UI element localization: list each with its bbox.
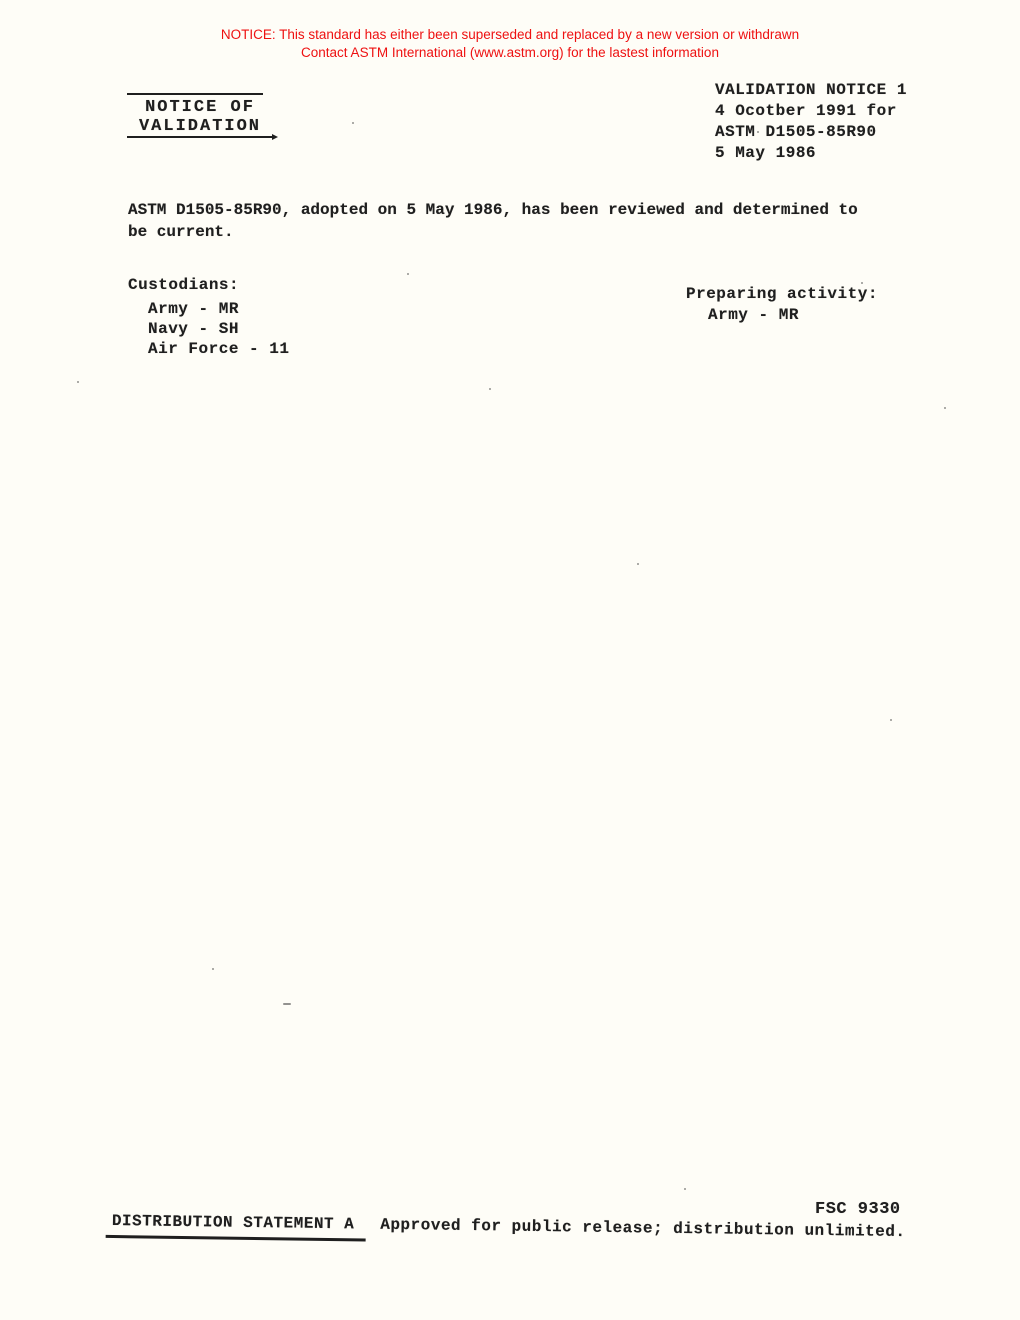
body-paragraph: ASTM D1505-85R90, adopted on 5 May 1986,… xyxy=(128,199,880,243)
custodians-heading: Custodians: xyxy=(128,275,289,295)
scan-speck xyxy=(407,273,409,275)
document-page: NOTICE: This standard has either been su… xyxy=(0,0,1020,1320)
custodians-block: Custodians: Army - MR Navy - SH Air Forc… xyxy=(128,275,289,359)
distribution-statement-text: Approved for public release; distributio… xyxy=(380,1216,905,1241)
scan-speck xyxy=(757,131,759,133)
validation-notice-adopted-date: 5 May 1986 xyxy=(715,143,907,164)
preparing-activity-item: Army - MR xyxy=(708,305,878,326)
scan-speck xyxy=(283,1003,291,1005)
preparing-activity-block: Preparing activity: Army - MR xyxy=(686,284,878,326)
validation-notice-title: VALIDATION NOTICE 1 xyxy=(715,80,907,101)
custodian-item: Navy - SH xyxy=(148,319,289,339)
supersession-notice-line1: NOTICE: This standard has either been su… xyxy=(0,26,1020,44)
stamp-text: NOTICE OF VALIDATION xyxy=(127,98,273,136)
custodian-item: Air Force - 11 xyxy=(148,339,289,359)
validation-notice-header: VALIDATION NOTICE 1 4 Ocotber 1991 for A… xyxy=(715,80,907,164)
scan-speck xyxy=(489,388,491,390)
validation-notice-date: 4 Ocotber 1991 for xyxy=(715,101,907,122)
stamp-bottom-rule xyxy=(127,136,273,138)
scan-speck xyxy=(861,282,863,284)
astm-supersession-notice: NOTICE: This standard has either been su… xyxy=(0,26,1020,62)
fsc-code: FSC 9330 xyxy=(815,1200,901,1219)
scan-speck xyxy=(77,381,79,383)
preparing-activity-heading: Preparing activity: xyxy=(686,284,878,305)
supersession-notice-line2: Contact ASTM International (www.astm.org… xyxy=(0,44,1020,62)
custodian-item: Army - MR xyxy=(148,299,289,319)
distribution-statement-label: DISTRIBUTION STATEMENT A xyxy=(106,1212,367,1242)
stamp-line2: VALIDATION xyxy=(127,117,273,136)
stamp-top-rule xyxy=(127,93,263,95)
preparing-activity-list: Army - MR xyxy=(708,305,878,326)
scan-speck xyxy=(637,563,639,565)
scan-speck xyxy=(352,122,354,124)
scan-speck xyxy=(212,968,214,970)
distribution-statement: DISTRIBUTION STATEMENT A Approved for pu… xyxy=(112,1212,906,1249)
scan-speck xyxy=(684,1188,686,1190)
scan-speck xyxy=(890,719,892,721)
validation-notice-standard: ASTM D1505-85R90 xyxy=(715,122,907,143)
stamp-line1: NOTICE OF xyxy=(127,98,273,117)
scan-speck xyxy=(944,407,946,409)
custodians-list: Army - MR Navy - SH Air Force - 11 xyxy=(148,299,289,359)
